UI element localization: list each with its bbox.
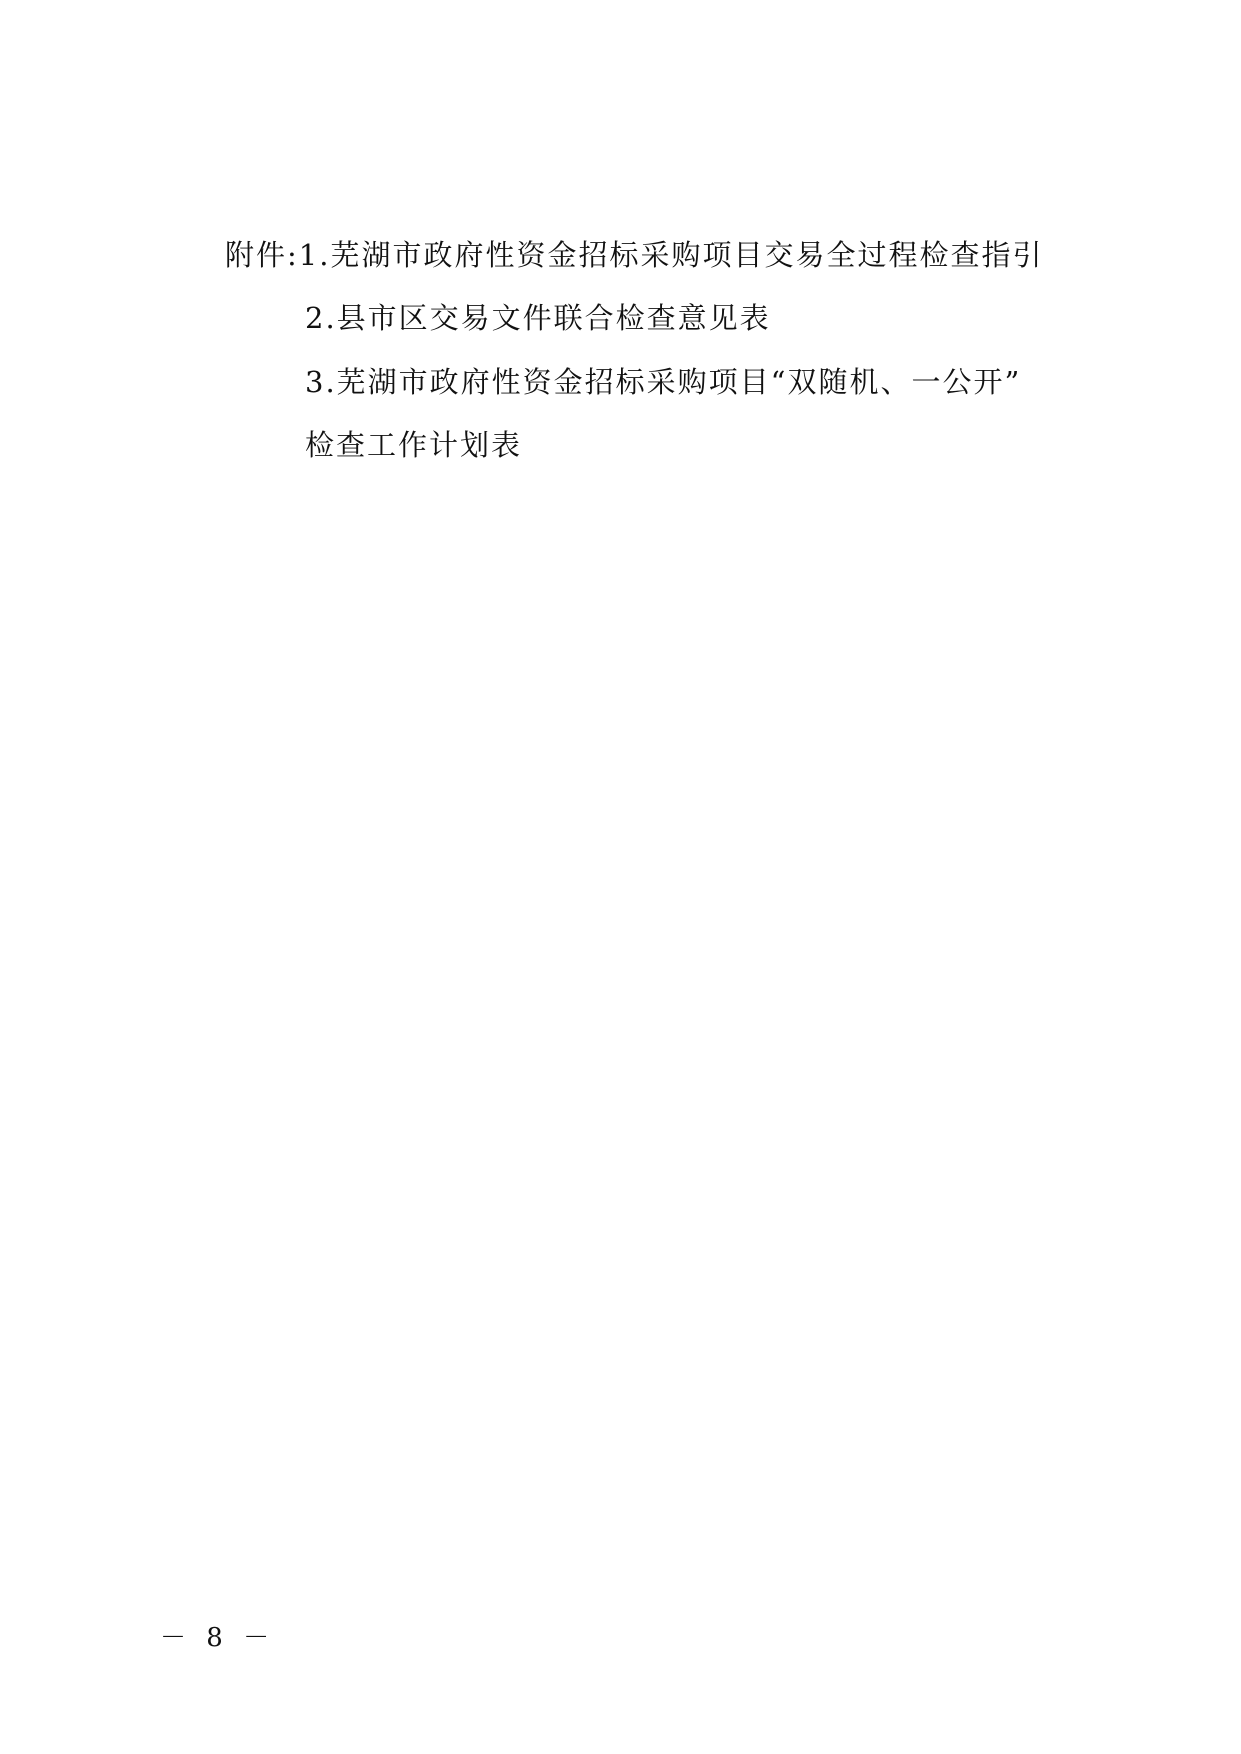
attachment-title: 县市区交易文件联合检查意见表 bbox=[337, 301, 771, 335]
attachment-number: 1. bbox=[299, 238, 331, 272]
attachment-item-1: 附件:1.芜湖市政府性资金招标采购项目交易全过程检查指引 bbox=[225, 235, 1043, 275]
page-number: － 8 － bbox=[160, 1620, 275, 1656]
attachment-number: 3. bbox=[305, 365, 337, 399]
attachments-label: 附件: bbox=[225, 238, 299, 272]
attachment-item-3: 3.芜湖市政府性资金招标采购项目“双随机、一公开” bbox=[305, 362, 1021, 402]
attachment-item-2: 2.县市区交易文件联合检查意见表 bbox=[305, 298, 771, 338]
attachment-title: 芜湖市政府性资金招标采购项目“双随机、一公开” bbox=[337, 365, 1022, 399]
attachment-title: 芜湖市政府性资金招标采购项目交易全过程检查指引 bbox=[330, 238, 1043, 272]
attachment-item-3-continuation: 检查工作计划表 bbox=[305, 425, 522, 465]
attachment-number: 2. bbox=[305, 301, 337, 335]
